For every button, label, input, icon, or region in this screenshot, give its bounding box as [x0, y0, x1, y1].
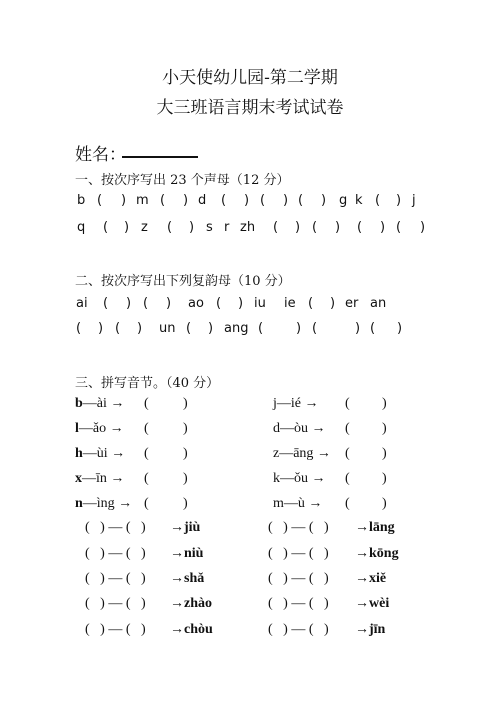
answer-blank-paren[interactable]: ) [335, 220, 340, 235]
section1-row2: q()z()srzh()()()() [0, 220, 500, 240]
phonetic-letter: r [224, 220, 229, 235]
split-target-right: →xiě [355, 571, 386, 587]
spell-item-right: j—ié → [273, 396, 319, 412]
answer-blank-paren[interactable]: ) [380, 220, 385, 235]
answer-blank-paren[interactable]: ( [375, 193, 380, 208]
answer-blank-paren[interactable]: ( [160, 193, 165, 208]
phonetic-letter: g [339, 193, 347, 208]
phonetic-letter: j [412, 193, 416, 208]
answer-blank-paren[interactable]: ( [97, 193, 102, 208]
spell-item-left: x—īn → [75, 471, 124, 487]
split-target-left: →shǎ [170, 571, 204, 587]
split-target-right: →kōng [355, 546, 399, 562]
answer-blank-paren[interactable]: ( [370, 321, 375, 336]
answer-blank-paren[interactable]: ( [312, 321, 317, 336]
split-target-left: →zhào [170, 596, 212, 612]
answer-blank-paren[interactable]: ( [216, 296, 221, 311]
split-blanks-left[interactable]: ( ) — ( ) [85, 520, 146, 536]
answer-blank-paren[interactable]: ) [283, 193, 288, 208]
answer-blank-paren[interactable]: ( [103, 220, 108, 235]
answer-blank-paren[interactable]: ( [103, 296, 108, 311]
split-target-right: →lāng [355, 520, 395, 536]
section2-row1: ai()()ao()iuie()eran [0, 296, 500, 316]
name-label: 姓名： [75, 140, 126, 165]
phonetic-letter: ang [224, 321, 248, 336]
spell-item-left: h—ùi → [75, 446, 125, 462]
answer-blank-close[interactable]: ) [382, 496, 387, 512]
phonetic-letter: z [141, 220, 148, 235]
spell-item-left: n—ìng → [75, 496, 132, 512]
phonetic-letter: s [206, 220, 213, 235]
phonetic-letter: ie [284, 296, 296, 311]
split-blanks-left[interactable]: ( ) — ( ) [85, 596, 146, 612]
answer-blank-close[interactable]: ) [382, 396, 387, 412]
answer-blank-close[interactable]: ) [183, 471, 188, 487]
answer-blank-close[interactable]: ) [183, 421, 188, 437]
split-target-right: →wèi [355, 596, 389, 612]
split-target-left: →jiù [170, 520, 200, 536]
answer-blank-paren[interactable]: ) [396, 193, 401, 208]
split-target-right: →jīn [355, 622, 385, 638]
answer-blank-paren[interactable]: ( [76, 321, 81, 336]
answer-blank-paren[interactable]: ( [115, 321, 120, 336]
answer-blank-close[interactable]: ) [183, 446, 188, 462]
answer-blank-paren[interactable]: ( [167, 220, 172, 235]
spell-item-right: m—ù → [273, 496, 322, 512]
answer-blank-paren[interactable]: ( [258, 321, 263, 336]
spell-item-right: z—āng → [273, 446, 331, 462]
spell-item-right: k—ǒu → [273, 471, 326, 487]
answer-blank-paren[interactable]: ) [189, 220, 194, 235]
answer-blank-paren[interactable]: ) [98, 321, 103, 336]
spell-item-right: d—òu → [273, 421, 326, 437]
phonetic-letter: er [345, 296, 358, 311]
section2-heading: 二、按次序写出下列复韵母（10 分） [75, 270, 291, 289]
answer-blank-open[interactable]: ( [144, 496, 149, 512]
answer-blank-open[interactable]: ( [345, 421, 350, 437]
phonetic-letter: un [159, 321, 175, 336]
phonetic-letter: ai [76, 296, 88, 311]
section1-row1: b()m()d()()()gk()j [0, 193, 500, 213]
answer-blank-paren[interactable]: ) [124, 220, 129, 235]
answer-blank-open[interactable]: ( [345, 496, 350, 512]
answer-blank-paren[interactable]: ) [137, 321, 142, 336]
answer-blank-paren[interactable]: ) [183, 193, 188, 208]
answer-blank-close[interactable]: ) [382, 471, 387, 487]
answer-blank-paren[interactable]: ) [244, 193, 249, 208]
answer-blank-paren[interactable]: ( [396, 220, 401, 235]
answer-blank-paren[interactable]: ) [355, 321, 360, 336]
answer-blank-paren[interactable]: ( [221, 193, 226, 208]
split-blanks-right[interactable]: ( ) — ( ) [268, 622, 329, 638]
answer-blank-open[interactable]: ( [345, 446, 350, 462]
answer-blank-paren[interactable]: ) [321, 193, 326, 208]
section3-heading: 三、拼写音节。（40 分） [75, 372, 219, 391]
answer-blank-paren[interactable]: ( [312, 220, 317, 235]
answer-blank-close[interactable]: ) [382, 446, 387, 462]
answer-blank-paren[interactable]: ) [238, 296, 243, 311]
split-target-left: →chòu [170, 622, 213, 638]
answer-blank-close[interactable]: ) [183, 496, 188, 512]
answer-blank-open[interactable]: ( [144, 471, 149, 487]
phonetic-letter: m [136, 193, 149, 208]
answer-blank-paren[interactable]: ( [308, 296, 313, 311]
phonetic-letter: q [77, 220, 85, 235]
answer-blank-open[interactable]: ( [144, 421, 149, 437]
split-blanks-right[interactable]: ( ) — ( ) [268, 546, 329, 562]
answer-blank-open[interactable]: ( [345, 396, 350, 412]
answer-blank-paren[interactable]: ( [143, 296, 148, 311]
answer-blank-close[interactable]: ) [183, 396, 188, 412]
answer-blank-paren[interactable]: ) [330, 296, 335, 311]
name-input-line[interactable] [122, 156, 198, 158]
phonetic-letter: zh [240, 220, 255, 235]
answer-blank-paren[interactable]: ) [126, 296, 131, 311]
answer-blank-open[interactable]: ( [144, 446, 149, 462]
split-blanks-right[interactable]: ( ) — ( ) [268, 520, 329, 536]
phonetic-letter: d [198, 193, 206, 208]
answer-blank-paren[interactable]: ( [298, 193, 303, 208]
split-blanks-left[interactable]: ( ) — ( ) [85, 546, 146, 562]
answer-blank-paren[interactable]: ( [357, 220, 362, 235]
phonetic-letter: k [355, 193, 363, 208]
exam-title-line1: 小天使幼儿园-第二学期 [0, 63, 500, 88]
section1-heading: 一、按次序写出 23 个声母（12 分） [75, 169, 289, 188]
phonetic-letter: iu [254, 296, 266, 311]
split-blanks-left[interactable]: ( ) — ( ) [85, 571, 146, 587]
answer-blank-paren[interactable]: ) [420, 220, 425, 235]
answer-blank-paren[interactable]: ( [186, 321, 191, 336]
phonetic-letter: an [370, 296, 386, 311]
split-target-left: →niù [170, 546, 203, 562]
split-blanks-left[interactable]: ( ) — ( ) [85, 622, 146, 638]
answer-blank-paren[interactable]: ) [166, 296, 171, 311]
answer-blank-paren[interactable]: ) [208, 321, 213, 336]
answer-blank-close[interactable]: ) [382, 421, 387, 437]
answer-blank-paren[interactable]: ) [121, 193, 126, 208]
answer-blank-paren[interactable]: ) [296, 321, 301, 336]
phonetic-letter: ao [188, 296, 204, 311]
exam-title-line2: 大三班语言期末考试试卷 [0, 93, 500, 118]
answer-blank-paren[interactable]: ( [273, 220, 278, 235]
answer-blank-open[interactable]: ( [345, 471, 350, 487]
spell-item-left: b—ài → [75, 396, 124, 412]
answer-blank-open[interactable]: ( [144, 396, 149, 412]
split-blanks-right[interactable]: ( ) — ( ) [268, 596, 329, 612]
spell-item-left: l—ǎo → [75, 421, 124, 437]
answer-blank-paren[interactable]: ( [260, 193, 265, 208]
answer-blank-paren[interactable]: ) [397, 321, 402, 336]
phonetic-letter: b [77, 193, 85, 208]
section2-row2: ()()un()ang()()() [0, 321, 500, 341]
split-blanks-right[interactable]: ( ) — ( ) [268, 571, 329, 587]
answer-blank-paren[interactable]: ) [295, 220, 300, 235]
